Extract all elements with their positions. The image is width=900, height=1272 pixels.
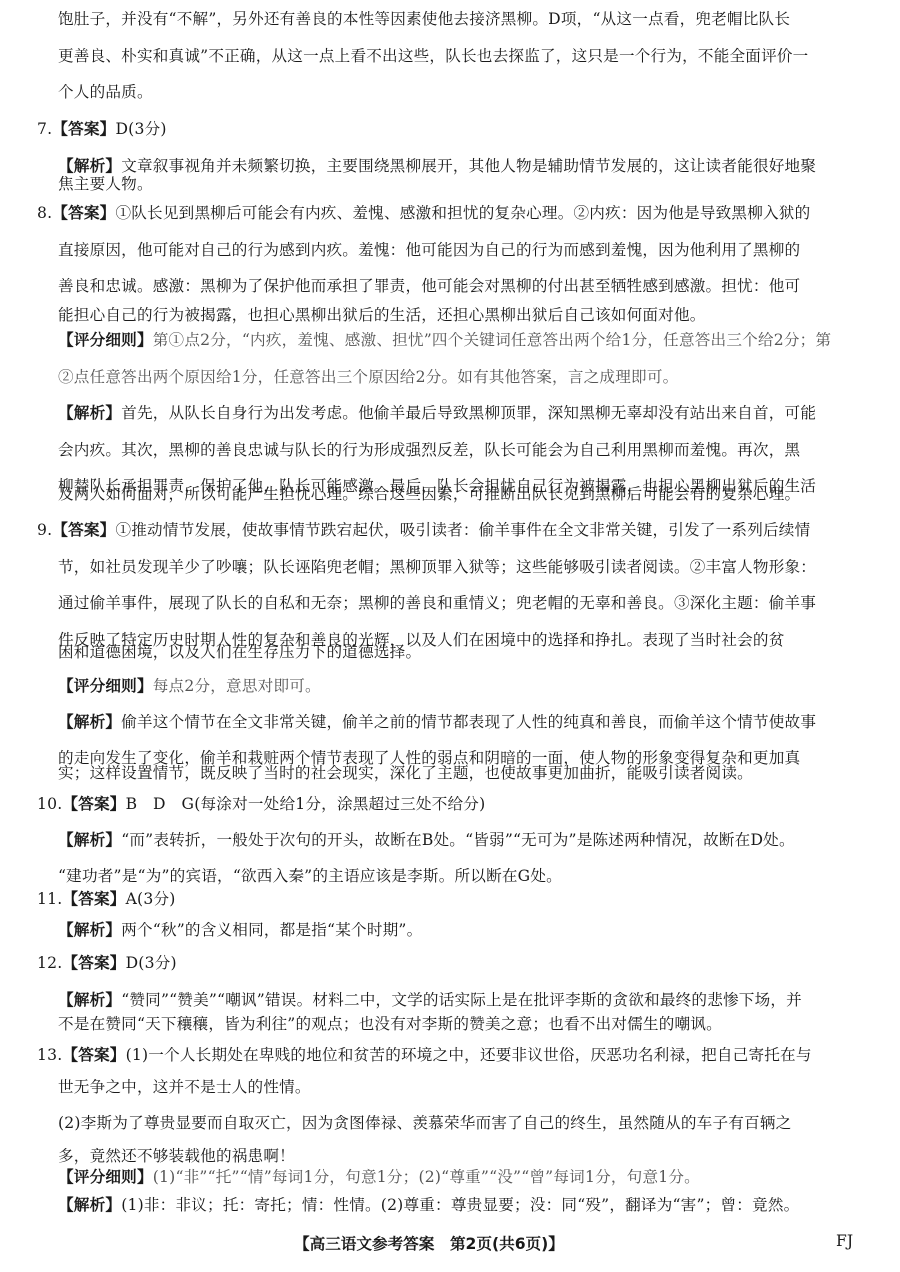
q7-analysis-line-2: 焦主要人物。: [58, 174, 868, 194]
q12-answer-value: D(3分): [126, 954, 177, 972]
q8-answer-text: ①队长见到黑柳后可能会有内疚、羞愧、感激和担忧的复杂心理。②内疚：因为他是导致黑…: [115, 204, 810, 222]
answer-label: 【答案】: [52, 120, 115, 138]
footer-title: 【高三语文参考答案 第2页(共6页)】: [294, 1232, 564, 1254]
q11-answer-value: A(3分): [126, 890, 176, 908]
q8-scoring-line-2: ②点任意答出两个原因给1分，任意答出三个原因给2分。如有其他答案，言之成理即可。: [58, 367, 868, 387]
q11-analysis: 【解析】两个“秋”的含义相同，都是指“某个时期”。: [58, 920, 868, 940]
scoring-label: 【评分细则】: [58, 677, 153, 695]
q6-text-line-1: 饱肚子，并没有“不解”，另外还有善良的本性等因素使他去接济黑柳。D项，“从这一点…: [58, 9, 868, 29]
q12-answer: 12.【答案】D(3分): [37, 953, 847, 973]
analysis-label: 【解析】: [58, 713, 121, 731]
q7-analysis-text: 文章叙事视角并未频繁切换，主要围绕黑柳展开，其他人物是辅助情节发展的，这让读者能…: [121, 157, 816, 175]
q9-answer-line-5: 困和道德困境，以及人们在生存压力下的道德选择。: [58, 642, 868, 662]
q8-answer-line-4: 能担心自己的行为被揭露，也担心黑柳出狱后的生活，还担心黑柳出狱后自己该如何面对他…: [58, 305, 868, 325]
q11-answer: 11.【答案】A(3分): [37, 889, 847, 909]
answer-label: 【答案】: [62, 795, 125, 813]
q6-text-line-3: 个人的品质。: [58, 82, 868, 102]
analysis-label: 【解析】: [58, 157, 121, 175]
scoring-label: 【评分细则】: [58, 331, 153, 349]
q8-scoring-line-1: 【评分细则】第①点2分，“内疚，羞愧、感激、担忧”四个关键词任意答出两个给1分，…: [58, 330, 868, 350]
q8-scoring-text: 第①点2分，“内疚，羞愧、感激、担忧”四个关键词任意答出两个给1分，任意答出三个…: [153, 331, 831, 349]
q13-analysis-text: (1)非：非议；托：寄托；情：性情。(2)尊重：尊贵显要；没：同“殁”，翻译为“…: [121, 1196, 799, 1214]
q10-analysis-text: “而”表转折，一般处于次句的开头，故断在B处。“皆弱”“无可为”是陈述两种情况，…: [121, 831, 795, 849]
q9-analysis-line-1: 【解析】偷羊这个情节在全文非常关键，偷羊之前的情节都表现了人性的纯真和善良，而偷…: [58, 712, 868, 732]
answer-label: 【答案】: [62, 954, 125, 972]
q9-answer-line-1: 9.【答案】①推动情节发展，使故事情节跌宕起伏，吸引读者：偷羊事件在全文非常关键…: [37, 520, 847, 540]
q8-analysis-text: 首先，从队长自身行为出发考虑。他偷羊最后导致黑柳顶罪，深知黑柳无辜却没有站出来自…: [121, 404, 816, 422]
footer-code: FJ: [836, 1232, 853, 1250]
analysis-label: 【解析】: [58, 404, 121, 422]
q10-number: 10.: [37, 795, 62, 813]
q9-analysis-text: 偷羊这个情节在全文非常关键，偷羊之前的情节都表现了人性的纯真和善良，而偷羊这个情…: [121, 713, 816, 731]
q9-scoring-text: 每点2分，意思对即可。: [153, 677, 321, 695]
q9-answer-text: ①推动情节发展，使故事情节跌宕起伏，吸引读者：偷羊事件在全文非常关键，引发了一系…: [115, 521, 810, 539]
analysis-label: 【解析】: [58, 921, 121, 939]
q13-answer-line-3: (2)李斯为了尊贵显要而自取灭亡，因为贪图俸禄、羡慕荣华而害了自己的终生，虽然随…: [58, 1113, 868, 1133]
answer-label: 【答案】: [62, 890, 125, 908]
q11-number: 11.: [37, 890, 62, 908]
answer-label: 【答案】: [52, 521, 115, 539]
q13-scoring-text: (1)“非”“托”“情”每词1分，句意1分；(2)“尊重”“没”“曾”每词1分，…: [153, 1168, 700, 1186]
q8-answer-line-2: 直接原因，他可能对自己的行为感到内疚。羞愧：他可能因为自己的行为而感到羞愧，因为…: [58, 240, 868, 260]
q7-number: 7.: [37, 120, 52, 138]
answer-label: 【答案】: [52, 204, 115, 222]
q10-answer-value: B D G(每涂对一处给1分，涂黑超过三处不给分): [126, 795, 486, 813]
q13-answer-text: (1)一个人长期处在卑贱的地位和贫苦的环境之中，还要非议世俗，厌恶功名利禄，把自…: [126, 1046, 812, 1064]
q10-analysis-line-1: 【解析】“而”表转折，一般处于次句的开头，故断在B处。“皆弱”“无可为”是陈述两…: [58, 830, 868, 850]
q9-answer-line-2: 节，如社员发现羊少了吵嚷；队长诬陷兜老帽；黑柳顶罪入狱等；这些能够吸引读者阅读。…: [58, 557, 868, 577]
q9-answer-line-3: 通过偷羊事件，展现了队长的自私和无奈；黑柳的善良和重情义；兜老帽的无辜和善良。③…: [58, 593, 868, 613]
q7-answer: 7.【答案】D(3分): [37, 119, 847, 139]
q13-analysis: 【解析】(1)非：非议；托：寄托；情：性情。(2)尊重：尊贵显要；没：同“殁”，…: [58, 1195, 868, 1215]
q9-number: 9.: [37, 521, 52, 539]
scoring-label: 【评分细则】: [58, 1168, 153, 1186]
q7-analysis-line-1: 【解析】文章叙事视角并未频繁切换，主要围绕黑柳展开，其他人物是辅助情节发展的，这…: [58, 156, 868, 176]
q8-answer-line-1: 8.【答案】①队长见到黑柳后可能会有内疚、羞愧、感激和担忧的复杂心理。②内疚：因…: [37, 203, 847, 223]
q6-text-line-2: 更善良、朴实和真诚”不正确，从这一点上看不出这些，队长也去探监了，这只是一个行为…: [58, 46, 868, 66]
answer-key-page: 饱肚子，并没有“不解”，另外还有善良的本性等因素使他去接济黑柳。D项，“从这一点…: [0, 0, 900, 1272]
q12-analysis-line-1: 【解析】“赞同”“赞美”“嘲讽”错误。材料二中，文学的话实际上是在批评李斯的贪欲…: [58, 990, 868, 1010]
q8-analysis-line-2: 会内疚。其次，黑柳的善良忠诚与队长的行为形成强烈反差，队长可能会为自己利用黑柳而…: [58, 440, 868, 460]
q12-number: 12.: [37, 954, 62, 972]
q12-analysis-line-2: 不是在赞同“天下穰穰，皆为利往”的观点；也没有对李斯的赞美之意；也看不出对儒生的…: [58, 1014, 868, 1034]
q13-answer-line-4: 多，竟然还不够装载他的祸患啊！: [58, 1146, 868, 1166]
analysis-label: 【解析】: [58, 831, 121, 849]
q11-analysis-text: 两个“秋”的含义相同，都是指“某个时期”。: [121, 921, 422, 939]
q8-analysis-line-4: 及两人如何面对，所以可能产生担忧心理。综合这些因素，可推断出队长见到黑柳后可能会…: [58, 484, 868, 504]
q7-answer-value: D(3分): [115, 120, 166, 138]
q10-analysis-line-2: “建功者”是“为”的宾语，“欲西入秦”的主语应该是李斯。所以断在G处。: [58, 866, 868, 886]
q8-analysis-line-1: 【解析】首先，从队长自身行为出发考虑。他偷羊最后导致黑柳顶罪，深知黑柳无辜却没有…: [58, 403, 868, 423]
answer-label: 【答案】: [62, 1046, 125, 1064]
q13-answer-line-2: 世无争之中，这并不是士人的性情。: [58, 1077, 868, 1097]
q10-answer: 10.【答案】B D G(每涂对一处给1分，涂黑超过三处不给分): [37, 794, 847, 814]
q13-scoring: 【评分细则】(1)“非”“托”“情”每词1分，句意1分；(2)“尊重”“没”“曾…: [58, 1167, 868, 1187]
analysis-label: 【解析】: [58, 1196, 121, 1214]
q12-analysis-text: “赞同”“赞美”“嘲讽”错误。材料二中，文学的话实际上是在批评李斯的贪欲和最终的…: [121, 991, 802, 1009]
q8-answer-line-3: 善良和忠诚。感激：黑柳为了保护他而承担了罪责，他可能会对黑柳的付出甚至牺牲感到感…: [58, 276, 868, 296]
analysis-label: 【解析】: [58, 991, 121, 1009]
q8-number: 8.: [37, 204, 52, 222]
q13-answer-line-1: 13.【答案】(1)一个人长期处在卑贱的地位和贫苦的环境之中，还要非议世俗，厌恶…: [37, 1045, 847, 1065]
q9-scoring: 【评分细则】每点2分，意思对即可。: [58, 676, 868, 696]
q9-analysis-line-3: 实；这样设置情节，既反映了当时的社会现实，深化了主题，也使故事更加曲折，能吸引读…: [58, 763, 868, 783]
q13-number: 13.: [37, 1046, 62, 1064]
